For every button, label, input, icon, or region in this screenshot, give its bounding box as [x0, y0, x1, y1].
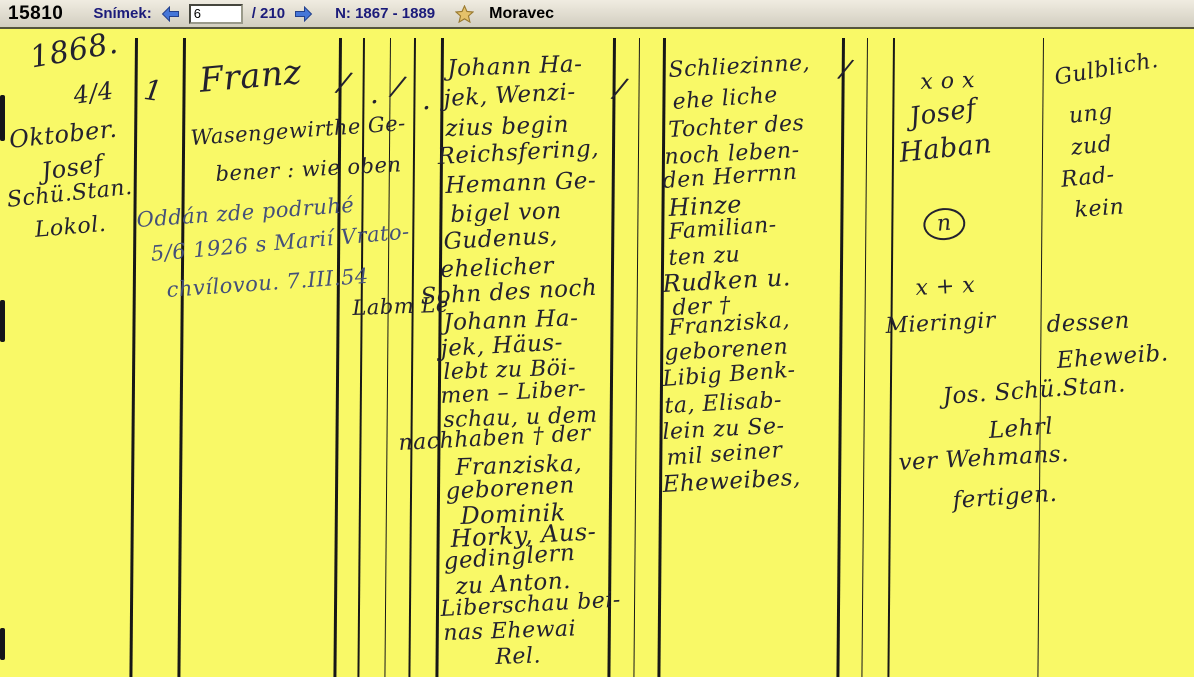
father-text: Rel. — [495, 645, 541, 669]
father-text: nachhaben † der — [398, 423, 591, 455]
status-text: ung — [1068, 101, 1114, 127]
mother-text: ehe liche — [672, 85, 779, 114]
scan-edge-smudge — [0, 628, 5, 660]
left-arrow-icon — [161, 6, 180, 22]
mother-text: Rudken u. — [662, 265, 791, 296]
scan-edge-smudge — [0, 95, 5, 141]
column-ruling — [1037, 38, 1044, 677]
godparent-text: Josef — [908, 96, 978, 131]
father-text: zius begin — [445, 114, 569, 141]
entry-year: 1868. — [28, 29, 120, 74]
signature-text: fertigen. — [952, 483, 1058, 513]
status-text: kein — [1074, 197, 1125, 222]
godparent-crosses: x o x — [920, 70, 975, 94]
next-frame-button[interactable] — [294, 6, 313, 22]
column-ruling — [861, 38, 868, 677]
father-text: Reichsfering, — [437, 138, 600, 169]
column-ruling — [887, 38, 895, 677]
status-text: Eheweib. — [1056, 342, 1169, 373]
father-text: Gudenus, — [443, 225, 558, 254]
tick-mark: . — [370, 80, 379, 108]
marginal-note: Oddán zde podruhé — [136, 195, 355, 231]
toolbar: 15810 Snímek: / 210 N: 1867 - 1889 Morav… — [0, 0, 1194, 29]
father-text: Hemann Ge- — [445, 170, 597, 198]
handwriting-text: Wasengewirthe Ge- — [190, 113, 406, 149]
mother-text: Schliezinne, — [668, 53, 811, 82]
mother-text: Familian- — [668, 214, 777, 243]
father-text: Johann Ha- — [447, 53, 583, 81]
child-name: Franz — [198, 55, 303, 98]
status-text: Gulblich. — [1053, 50, 1160, 90]
signature-text: Jos. Schü.Stan. — [942, 373, 1127, 409]
tick-mark: . — [422, 86, 431, 114]
circled-mark: n — [922, 206, 967, 242]
godparent-crosses: x + x — [915, 275, 976, 300]
frame-total-label: / 210 — [252, 5, 285, 22]
signature-text: Lehrl — [988, 415, 1054, 442]
mother-text: mil seiner — [666, 440, 783, 470]
entry-month: Oktober. — [8, 117, 118, 152]
column-ruling — [129, 38, 138, 677]
father-text: nas Ehewai — [443, 618, 576, 645]
column-ruling — [633, 38, 640, 677]
house-number: 1 — [142, 76, 164, 106]
entry-day: 4/4 — [72, 78, 115, 107]
frame-number-input[interactable] — [189, 4, 243, 24]
column-ruling — [607, 38, 616, 677]
status-text: dessen — [1046, 310, 1130, 337]
record-range-label: N: 1867 - 1889 — [335, 5, 435, 22]
bookmark-star-button[interactable] — [455, 5, 474, 23]
mother-text: Tochter des — [668, 113, 805, 142]
godparent-text: Mieringir — [885, 310, 996, 338]
place-name: Moravec — [489, 5, 554, 23]
column-ruling — [177, 38, 186, 677]
godparent-text: Haban — [898, 130, 993, 167]
scan-edge-smudge — [0, 300, 5, 342]
star-icon — [455, 5, 474, 23]
record-id: 15810 — [8, 3, 63, 25]
handwriting-text: bener : wie oben — [215, 154, 402, 185]
status-text: zud — [1070, 134, 1113, 160]
column-ruling — [836, 38, 845, 677]
status-text: Rad- — [1060, 164, 1116, 191]
frame-label: Snímek: — [93, 5, 151, 22]
column-ruling — [408, 38, 416, 677]
handwriting-text: Schü.Stan. — [6, 177, 134, 212]
right-arrow-icon — [294, 6, 313, 22]
father-text: Sohn des noch — [420, 277, 598, 309]
signature-text: ver Wehmans. — [898, 443, 1070, 475]
handwriting-text: Lokol. — [34, 214, 107, 242]
father-text: jek, Wenzi- — [443, 81, 576, 111]
tick-mark: / — [839, 56, 853, 83]
tick-mark: / — [390, 72, 406, 101]
mother-text: Eheweibes, — [662, 467, 801, 497]
prev-frame-button[interactable] — [161, 6, 180, 22]
register-scan[interactable]: 1868.4/4Oktober.JosefSchü.Stan.Lokol.1Fr… — [0, 29, 1194, 677]
